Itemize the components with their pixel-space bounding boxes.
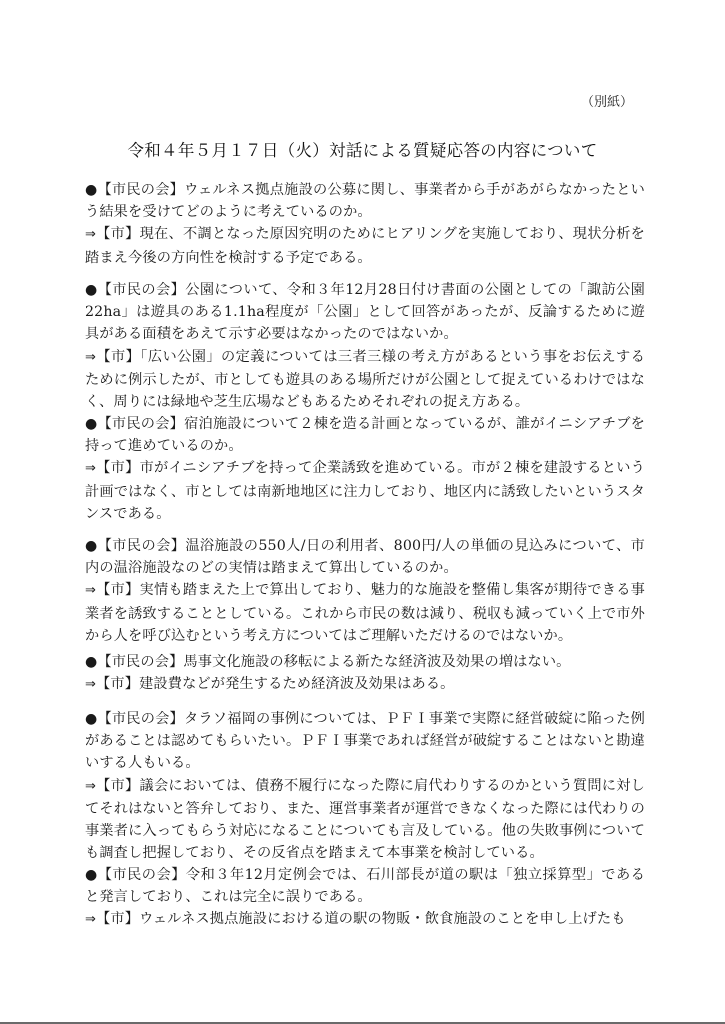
arrow-right-icon: ⇒ xyxy=(85,350,96,365)
answer: ⇒【市】現在、不調となった原因究明のためにヒアリングを実施しており、現状分析を踏… xyxy=(85,223,645,268)
bullet-icon: ● xyxy=(85,282,98,298)
answer: ⇒【市】市がイニシアチブを持って企業誘致を進めている。市が２棟を建設するという計… xyxy=(85,457,645,525)
question: ●【市民の会】令和３年12月定例会では、石川部長が道の駅は「独立採算型」であると… xyxy=(85,864,645,908)
bullet-icon: ● xyxy=(85,182,97,198)
bullet-icon: ● xyxy=(85,538,98,554)
question: ●【市民の会】温浴施設の550人/日の利用者、800円/人の単価の見込みについて… xyxy=(85,535,645,579)
question-speaker: 【市民の会】 xyxy=(97,654,183,670)
answer: ⇒【市】実情も踏まえた上で算出しており、魅力的な施設を整備し集客が期待できる事業… xyxy=(85,579,645,647)
answer-speaker: 【市】 xyxy=(96,676,139,692)
document-title: 令和４年５月１７日（火）対話による質疑応答の内容について xyxy=(0,137,725,161)
question-speaker: 【市民の会】 xyxy=(98,538,186,554)
answer-text: 現在、不調となった原因究明のためにヒアリングを実施しており、現状分析を踏まえ今後… xyxy=(85,226,645,265)
answer: ⇒【市】「広い公園」の定義については三者三様の考え方があるという事をお伝えするた… xyxy=(85,346,645,414)
question-speaker: 【市民の会】 xyxy=(98,867,186,883)
answer-speaker: 【市】 xyxy=(96,226,140,242)
qa-item: ●【市民の会】温浴施設の550人/日の利用者、800円/人の単価の見込みについて… xyxy=(85,535,645,647)
question: ●【市民の会】宿泊施設について２棟を造る計画となっているが、誰がイニシアチブを持… xyxy=(85,413,645,457)
answer-speaker: 【市】 xyxy=(96,778,139,794)
bullet-icon: ● xyxy=(85,711,97,727)
question-speaker: 【市民の会】 xyxy=(97,416,184,432)
annex-label: （別紙） xyxy=(581,91,633,110)
qa-item: ●【市民の会】令和３年12月定例会では、石川部長が道の駅は「独立採算型」であると… xyxy=(85,864,645,932)
arrow-right-icon: ⇒ xyxy=(85,677,96,692)
bullet-icon: ● xyxy=(85,867,98,883)
question-text: 馬事文化施設の移転による新たな経済波及効果の増はない。 xyxy=(183,654,570,670)
answer-text: 実情も踏まえた上で算出しており、魅力的な施設を整備し集客が期待できる事業者を誘致… xyxy=(85,582,645,643)
answer: ⇒【市】議会においては、債務不履行になった際に肩代わりするのかという質問に対して… xyxy=(85,775,645,865)
answer-text: 議会においては、債務不履行になった際に肩代わりするのかという質問に対してそれはな… xyxy=(85,778,645,862)
answer-text: ウェルネス拠点施設における道の駅の物販・飲食施設のことを申し上げたも xyxy=(139,911,625,927)
answer: ⇒【市】建設費などが発生するため経済波及効果はある。 xyxy=(85,673,645,696)
answer-speaker: 【市】 xyxy=(96,349,140,365)
arrow-right-icon: ⇒ xyxy=(85,583,96,598)
bullet-icon: ● xyxy=(85,416,97,432)
arrow-right-icon: ⇒ xyxy=(85,779,96,794)
answer-speaker: 【市】 xyxy=(96,911,139,927)
answer: ⇒【市】ウェルネス拠点施設における道の駅の物販・飲食施設のことを申し上げたも xyxy=(85,908,645,931)
answer-text: 建設費などが発生するため経済波及効果はある。 xyxy=(139,676,454,692)
qa-item: ●【市民の会】公園について、令和３年12月28日付け書面の公園としての「諏訪公園… xyxy=(85,279,645,413)
question: ●【市民の会】ウェルネス拠点施設の公募に関し、事業者から手があがらなかったという… xyxy=(85,179,645,223)
qa-item: ●【市民の会】タラソ福岡の事例については、ＰＦＩ事業で実際に経営破綻に陥った例が… xyxy=(85,708,645,864)
document-page: （別紙） 令和４年５月１７日（火）対話による質疑応答の内容について ●【市民の会… xyxy=(0,0,725,1024)
arrow-right-icon: ⇒ xyxy=(85,912,96,927)
answer-speaker: 【市】 xyxy=(96,582,139,598)
question-speaker: 【市民の会】 xyxy=(97,711,184,727)
answer-speaker: 【市】 xyxy=(96,460,140,476)
question: ●【市民の会】馬事文化施設の移転による新たな経済波及効果の増はない。 xyxy=(85,651,645,673)
question: ●【市民の会】公園について、令和３年12月28日付け書面の公園としての「諏訪公園… xyxy=(85,279,645,346)
arrow-right-icon: ⇒ xyxy=(85,227,96,242)
arrow-right-icon: ⇒ xyxy=(85,461,96,476)
bullet-icon: ● xyxy=(85,654,97,670)
qa-item: ●【市民の会】ウェルネス拠点施設の公募に関し、事業者から手があがらなかったという… xyxy=(85,179,645,269)
answer-text: 「広い公園」の定義については三者三様の考え方があるという事をお伝えするために例示… xyxy=(85,349,645,410)
question-speaker: 【市民の会】 xyxy=(97,182,184,198)
question: ●【市民の会】タラソ福岡の事例については、ＰＦＩ事業で実際に経営破綻に陥った例が… xyxy=(85,708,645,775)
question-speaker: 【市民の会】 xyxy=(98,282,186,298)
qa-item: ●【市民の会】馬事文化施設の移転による新たな経済波及効果の増はない。 ⇒【市】建… xyxy=(85,651,645,696)
answer-text: 市がイニシアチブを持って企業誘致を進めている。市が２棟を建設するという計画ではな… xyxy=(85,460,645,521)
qa-item: ●【市民の会】宿泊施設について２棟を造る計画となっているが、誰がイニシアチブを持… xyxy=(85,413,645,525)
